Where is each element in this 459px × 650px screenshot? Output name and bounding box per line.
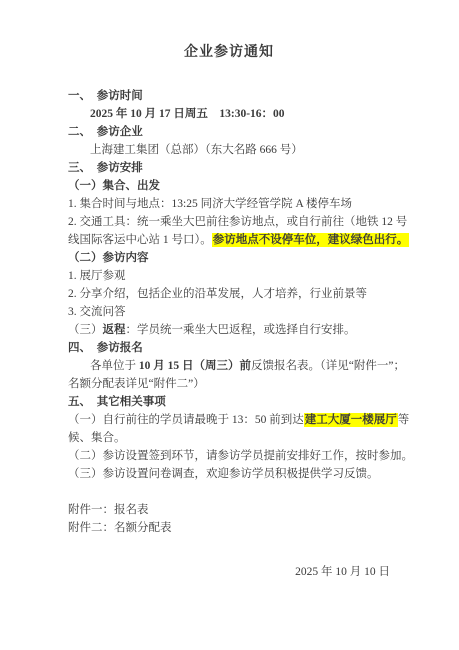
text-segment: （二）参访内容 xyxy=(68,252,149,264)
document-date: 2025 年 10 月 10 日 xyxy=(68,563,390,581)
text-segment: 候、集合。 xyxy=(68,432,126,444)
highlighted-text: 建工大厦一楼展厅 xyxy=(304,413,398,427)
text-line: 2. 分享介绍，包括企业的沿革发展，人才培养，行业前景等 xyxy=(68,285,390,303)
text-segment: 2025 年 10 月 17 日周五 13:30-16：00 xyxy=(90,108,285,120)
text-line xyxy=(68,483,390,501)
text-line: 上海建工集团（总部）（东大名路 666 号） xyxy=(68,141,390,159)
text-line: 候、集合。 xyxy=(68,429,390,447)
text-line: （二）参访设置签到环节，请参访学员提前安排好工作，按时参加。 xyxy=(68,447,390,465)
text-line: 附件二：名额分配表 xyxy=(68,519,390,537)
text-line: 1. 集合时间与地点：13:25 同济大学经管学院 A 楼停车场 xyxy=(68,195,390,213)
text-line: 二、 参访企业 xyxy=(68,123,390,141)
text-line: （一）集合、出发 xyxy=(68,177,390,195)
text-line: 名额分配表详见“附件二”） xyxy=(68,375,390,393)
text-line: 2025 年 10 月 17 日周五 13:30-16：00 xyxy=(68,105,390,123)
text-segment: 10 月 15 日（周三）前 xyxy=(139,360,251,372)
text-segment: 名额分配表详见“附件二”） xyxy=(68,378,205,390)
text-segment: 1. 集合时间与地点：13:25 同济大学经管学院 A 楼停车场 xyxy=(68,198,352,210)
text-segment: 返程 xyxy=(103,324,126,336)
text-segment: 附件二：名额分配表 xyxy=(68,522,172,534)
text-line: （一）自行前往的学员请最晚于 13：50 前到达建工大厦一楼展厅等 xyxy=(68,411,390,429)
text-segment: 3. 交流问答 xyxy=(68,306,126,318)
text-segment: 五、 其它相关事项 xyxy=(68,396,166,408)
text-segment: ：学员统一乘坐大巴返程，或选择自行安排。 xyxy=(126,324,356,336)
text-line: 各单位于 10 月 15 日（周三）前反馈报名表。（详见“附件一”； xyxy=(68,357,390,375)
highlighted-text: 参访地点不设停车位，建议绿色出行。 xyxy=(212,233,410,247)
text-line: 线国际客运中心站 1 号口）。参访地点不设停车位，建议绿色出行。 xyxy=(68,231,390,249)
text-segment: 二、 参访企业 xyxy=(68,126,143,138)
text-line: 3. 交流问答 xyxy=(68,303,390,321)
text-segment: 四、 参访报名 xyxy=(68,342,143,354)
text-line: （二）参访内容 xyxy=(68,249,390,267)
text-line: 一、 参访时间 xyxy=(68,87,390,105)
document-title: 企业参访通知 xyxy=(68,44,390,62)
text-line: 附件一：报名表 xyxy=(68,501,390,519)
text-segment: 上海建工集团（总部）（东大名路 666 号） xyxy=(90,144,303,156)
document-page: 企业参访通知 一、 参访时间2025 年 10 月 17 日周五 13:30-1… xyxy=(0,0,459,650)
text-segment: 各单位于 xyxy=(90,360,139,372)
text-line: （三）返程：学员统一乘坐大巴返程，或选择自行安排。 xyxy=(68,321,390,339)
text-line: 四、 参访报名 xyxy=(68,339,390,357)
text-segment: 1. 展厅参观 xyxy=(68,270,126,282)
text-line: 2. 交通工具：统一乘坐大巴前往参访地点，或自行前往（地铁 12 号 xyxy=(68,213,390,231)
text-line: 三、 参访安排 xyxy=(68,159,390,177)
text-line: 五、 其它相关事项 xyxy=(68,393,390,411)
text-segment: （三）参访设置问卷调查，欢迎参访学员积极提供学习反馈。 xyxy=(68,468,379,480)
text-segment: （一）集合、出发 xyxy=(68,180,160,192)
text-segment: 2. 分享介绍，包括企业的沿革发展，人才培养，行业前景等 xyxy=(68,288,367,300)
text-line: 1. 展厅参观 xyxy=(68,267,390,285)
text-segment: （一）自行前往的学员请最晚于 13：50 前到达 xyxy=(68,414,304,426)
text-segment: 三、 参访安排 xyxy=(68,162,143,174)
text-segment: 等 xyxy=(398,414,410,426)
text-line: （三）参访设置问卷调查，欢迎参访学员积极提供学习反馈。 xyxy=(68,465,390,483)
text-segment: 线国际客运中心站 1 号口）。 xyxy=(68,234,212,246)
text-segment: （二）参访设置签到环节，请参访学员提前安排好工作，按时参加。 xyxy=(68,450,413,462)
text-segment: 一、 参访时间 xyxy=(68,90,143,102)
text-segment: 反馈报名表。（详见“附件一”； xyxy=(251,360,405,372)
text-segment: （三） xyxy=(68,324,103,336)
text-segment: 2. 交通工具：统一乘坐大巴前往参访地点，或自行前往（地铁 12 号 xyxy=(68,216,407,228)
text-segment: 附件一：报名表 xyxy=(68,504,149,516)
document-body: 一、 参访时间2025 年 10 月 17 日周五 13:30-16：00二、 … xyxy=(68,87,390,537)
